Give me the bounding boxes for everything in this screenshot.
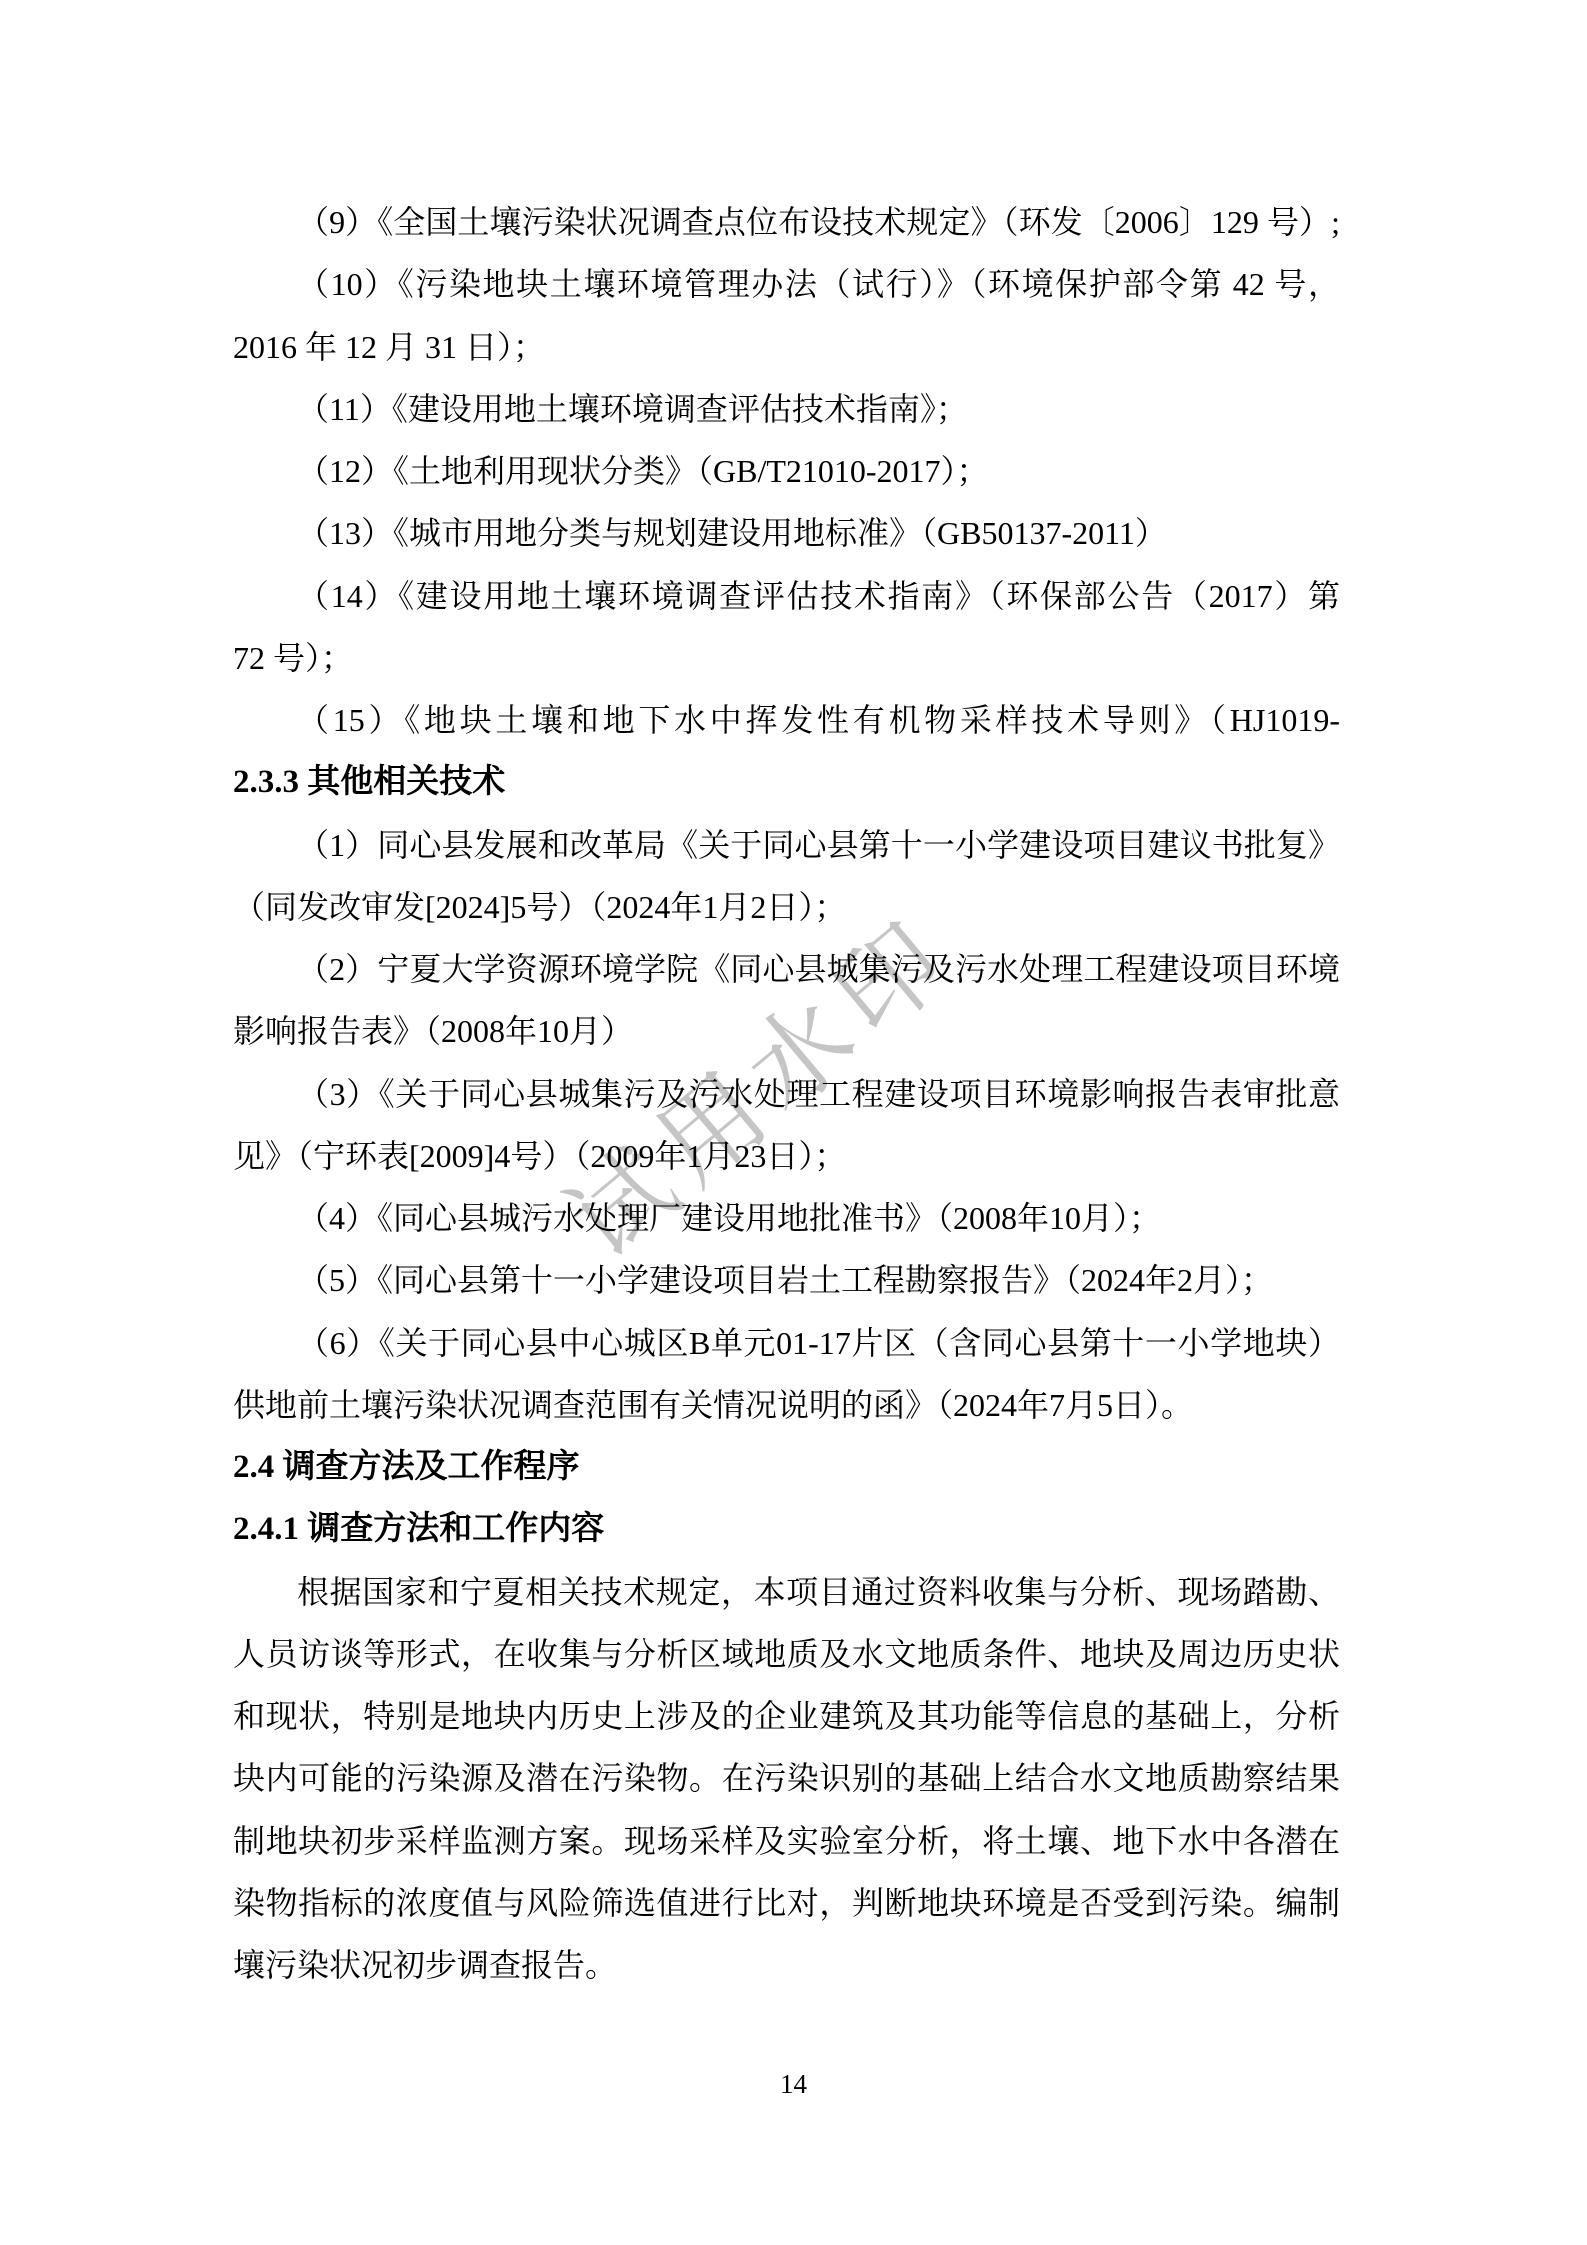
- text-line: （13）《城市用地分类与规划建设用地标准》（GB50137-2011）: [233, 502, 1340, 564]
- text-line: 制地块初步采样监测方案。现场采样及实验室分析，将土壤、地下水中各潜在污: [233, 1810, 1340, 1872]
- text-line: （15）《地块土壤和地下水中挥发性有机物采样技术导则》（HJ1019-2019）…: [233, 689, 1340, 751]
- text-line: 见》（宁环表[2009]4号）（2009年1月23日）；: [233, 1125, 1340, 1187]
- text-line: （12）《土地利用现状分类》（GB/T21010-2017）；: [233, 440, 1340, 502]
- text-line: 根据国家和宁夏相关技术规定，本项目通过资料收集与分析、现场踏勘、: [233, 1561, 1340, 1623]
- text-line: （11）《建设用地土壤环境调查评估技术指南》；: [233, 378, 1340, 440]
- document-page: 试用水印 （9）《全国土壤污染状况调查点位布设技术规定》（环发〔2006〕129…: [0, 0, 1587, 2245]
- text-line: （6）《关于同心县中心城区B单元01-17片区（含同心县第十一小学地块）: [233, 1312, 1340, 1374]
- text-line: 块内可能的污染源及潜在污染物。在污染识别的基础上结合水文地质勘察结果编: [233, 1747, 1340, 1809]
- text-line: （同发改审发[2024]5号）（2024年1月2日）；: [233, 876, 1340, 938]
- section-heading: 2.3.3 其他相关技术: [233, 751, 1340, 813]
- text-line: （5）《同心县第十一小学建设项目岩土工程勘察报告》（2024年2月）；: [233, 1249, 1340, 1311]
- text-line: 72 号）；: [233, 627, 1340, 689]
- section-heading: 2.4 调查方法及工作程序: [233, 1436, 1340, 1498]
- text-line: （3）《关于同心县城集污及污水处理工程建设项目环境影响报告表审批意: [233, 1063, 1340, 1125]
- page-number: 14: [0, 2064, 1587, 2104]
- text-line: 2016 年 12 月 31 日）；: [233, 316, 1340, 378]
- text-line: （1）同心县发展和改革局《关于同心县第十一小学建设项目建议书批复》: [233, 814, 1340, 876]
- text-line: （9）《全国土壤污染状况调查点位布设技术规定》（环发〔2006〕129 号）;: [233, 191, 1340, 253]
- text-line: 染物指标的浓度值与风险筛选值进行比对，判断地块环境是否受到污染。编制土: [233, 1872, 1340, 1934]
- text-line: 供地前土壤污染状况调查范围有关情况说明的函》（2024年7月5日）。: [233, 1374, 1340, 1436]
- text-line: （2）宁夏大学资源环境学院《同心县城集污及污水处理工程建设项目环境: [233, 938, 1340, 1000]
- text-line: （10）《污染地块土壤环境管理办法（试行）》（环境保护部令第 42 号，: [233, 253, 1340, 315]
- section-heading: 2.4.1 调查方法和工作内容: [233, 1498, 1340, 1560]
- text-line: 影响报告表》（2008年10月）: [233, 1000, 1340, 1062]
- document-body: （9）《全国土壤污染状况调查点位布设技术规定》（环发〔2006〕129 号）;（…: [233, 191, 1340, 1996]
- text-line: 人员访谈等形式，在收集与分析区域地质及水文地质条件、地块及周边历史状况: [233, 1623, 1340, 1685]
- text-line: 和现状，特别是地块内历史上涉及的企业建筑及其功能等信息的基础上，分析地: [233, 1685, 1340, 1747]
- text-line: （4）《同心县城污水处理厂建设用地批准书》（2008年10月）；: [233, 1187, 1340, 1249]
- text-line: 壤污染状况初步调查报告。: [233, 1934, 1340, 1996]
- text-line: （14）《建设用地土壤环境调查评估技术指南》（环保部公告（2017）第: [233, 565, 1340, 627]
